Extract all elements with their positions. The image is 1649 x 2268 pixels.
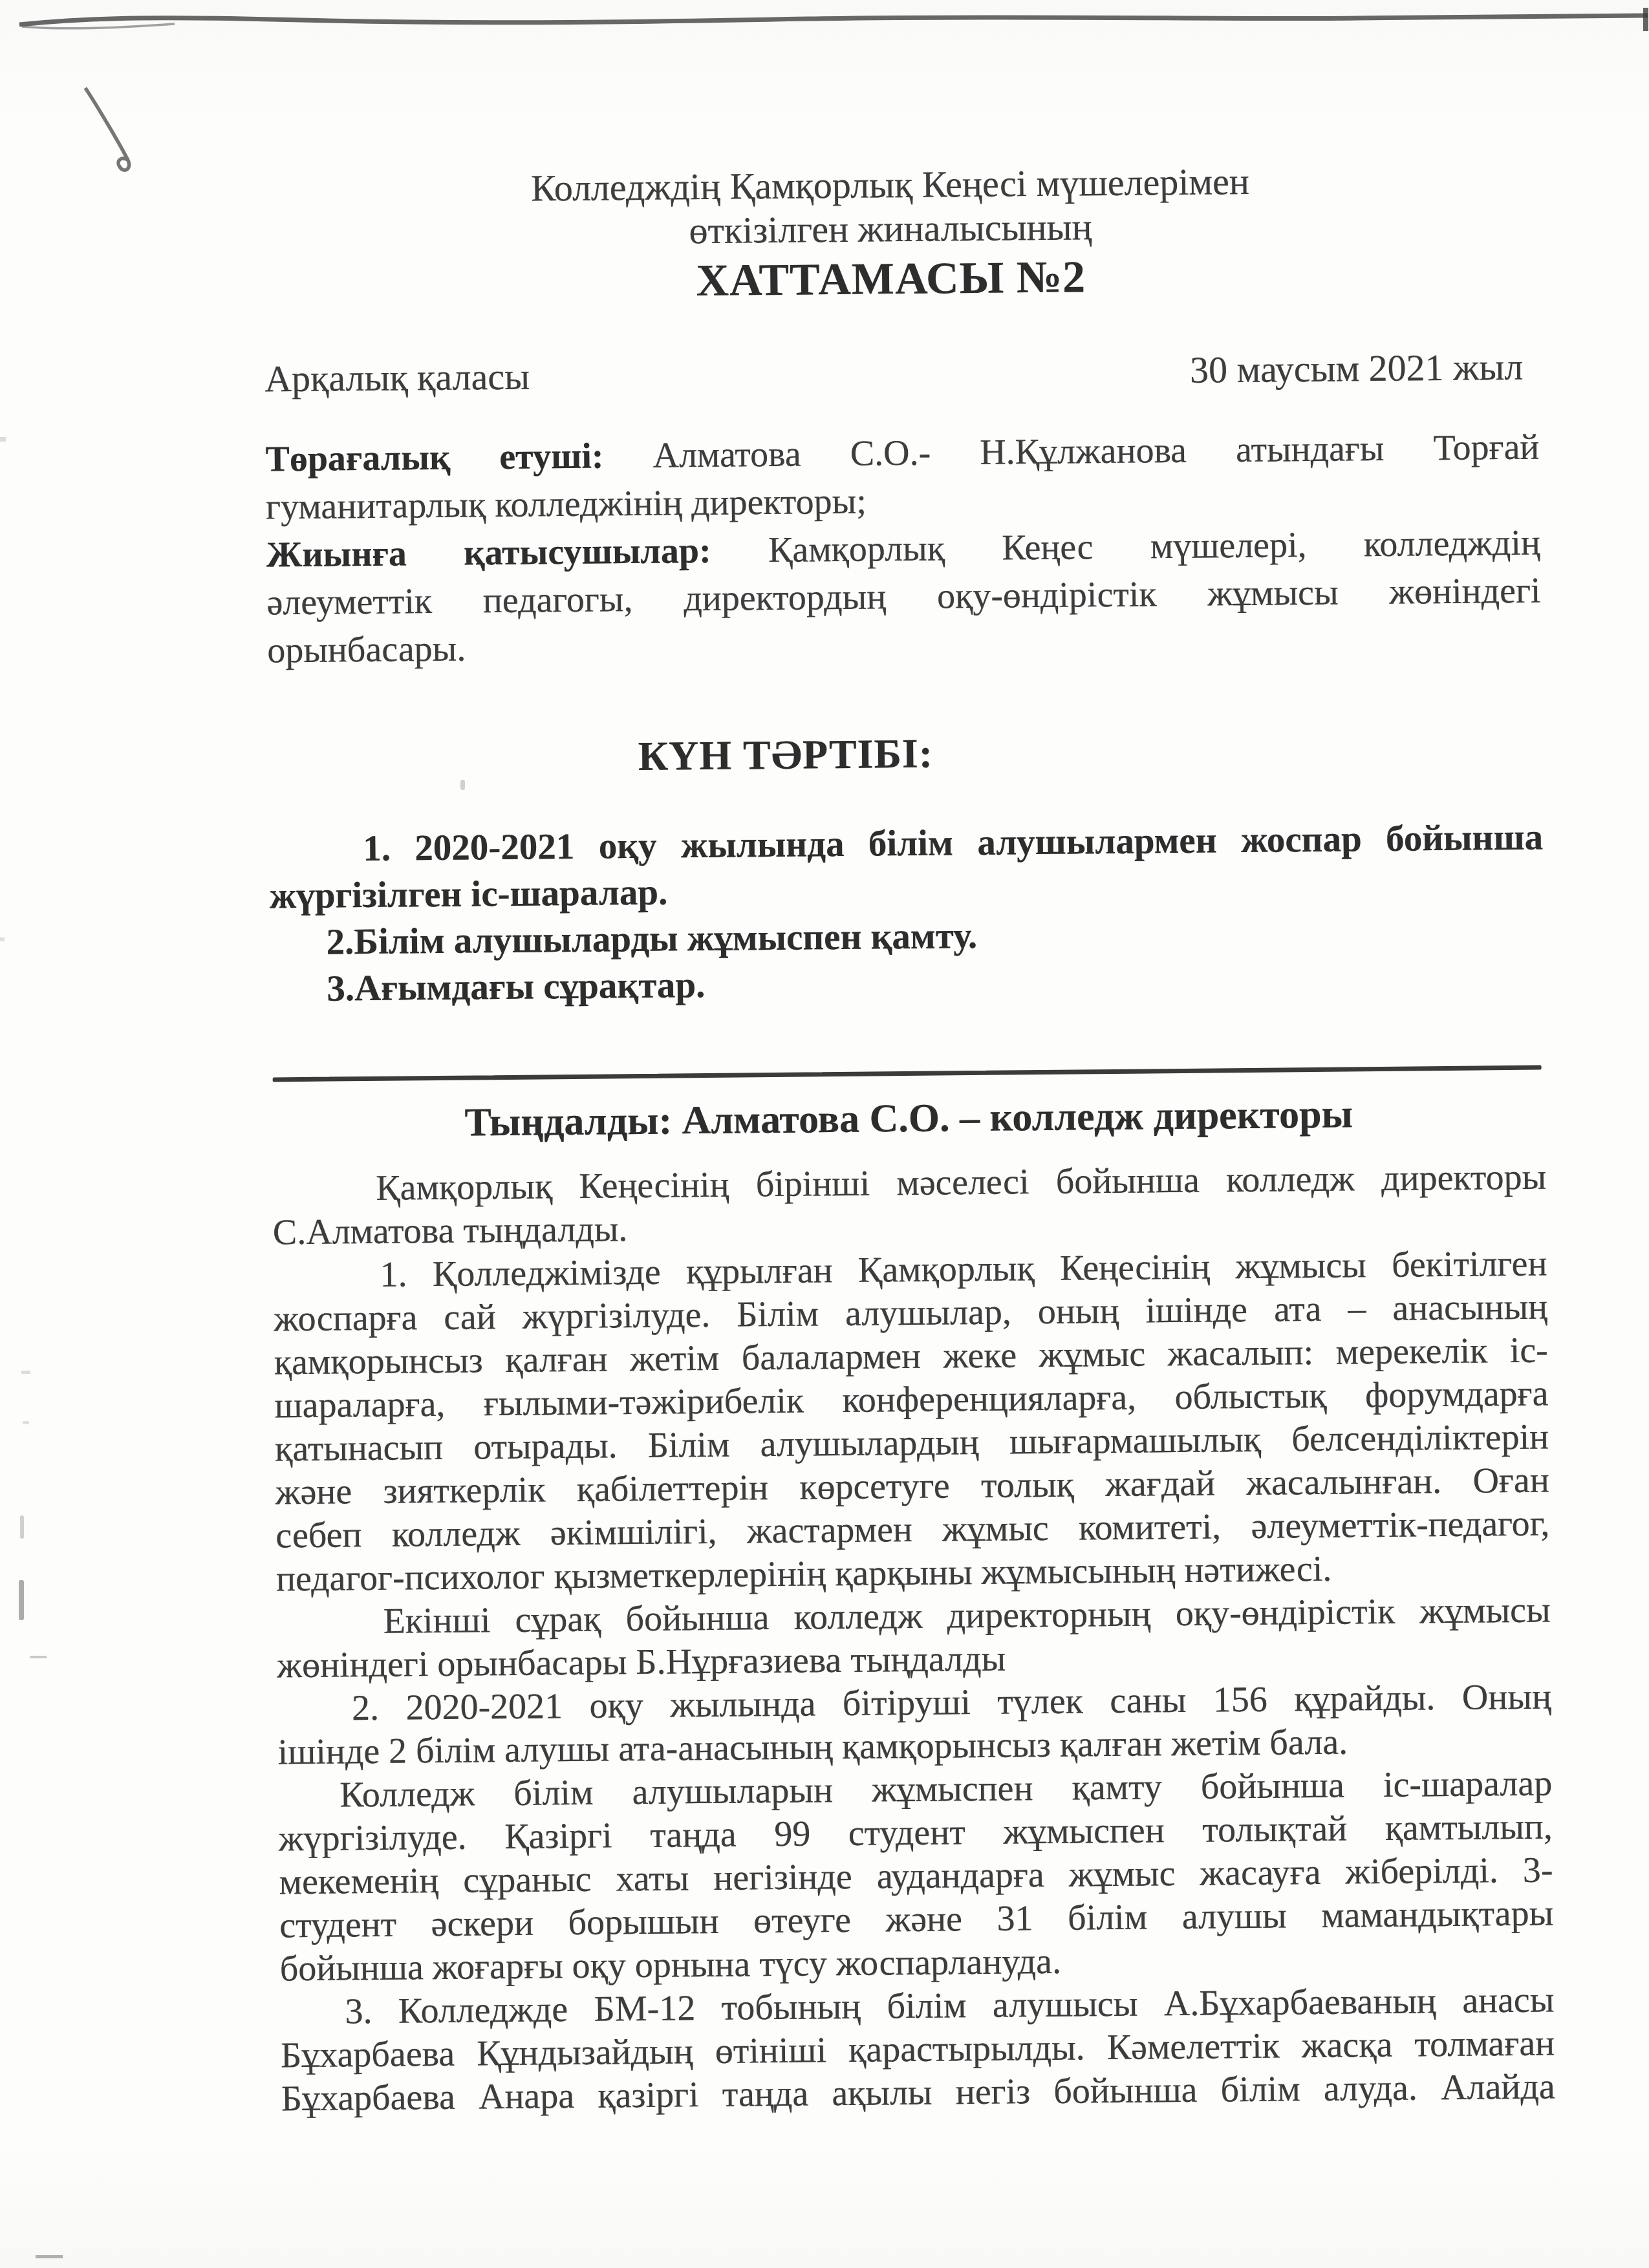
participants-section: Төрағалық етуші: Алматова С.О.- Н.Құлжан…: [265, 423, 1541, 675]
protocol-body: Қамқорлық Кеңесінің бірінші мәселесі бой…: [272, 1156, 1555, 2121]
text-segment: ішінде 2 білім алушы ата-анасының қамқор…: [277, 1722, 1348, 1773]
bold-text-segment: 2.Білім алушыларды жұмыспен қамту.: [326, 915, 977, 963]
text-segment: Қамқорлық Кеңесінің бірінші мәселесі бой…: [376, 1157, 1547, 1208]
text-segment: жөніндегі орынбасары Б.Нұрғазиева тыңдал…: [277, 1639, 1006, 1686]
text-segment: орынбасары.: [267, 629, 466, 671]
scan-mark: [20, 1515, 24, 1539]
scan-mark: [36, 2255, 63, 2258]
city-date-row: Арқалық қаласы 30 маусым 2021 жыл: [264, 347, 1539, 400]
text-segment: Екінші сұрақ бойынша колледж директорның…: [383, 1590, 1551, 1642]
scan-mark: [19, 1580, 24, 1620]
scan-mark: [21, 1371, 30, 1374]
bold-text-segment: Жиынға қатысушылар:: [266, 531, 711, 575]
agenda-heading: КҮН ТӘРТІБІ:: [149, 726, 1423, 784]
bold-text-segment: жүргізілген іс-шаралар.: [270, 872, 668, 917]
city-label: Арқалық қаласы: [264, 357, 530, 400]
scan-mark: [30, 1656, 47, 1658]
text-segment: әлеуметтік педагогы, директордың оқу-өнд…: [266, 571, 1541, 623]
date-label: 30 маусым 2021 жыл: [1190, 347, 1524, 390]
text-segment: педагог-психолог қызметкерлерінің қарқын…: [276, 1549, 1332, 1599]
text-segment: Алматова С.О.- Н.Құлжанова атындағы Торғ…: [603, 427, 1540, 476]
pen-stroke-mark: [78, 83, 155, 186]
document-content: Колледждің Қамқорлық Кеңесі мүшелерімен …: [261, 0, 1555, 2121]
scan-mark: [23, 1421, 29, 1424]
text-segment: бойынша жоғарғы оқу орнына түсу жоспарла…: [280, 1942, 1062, 1989]
bold-text-segment: Төрағалық етуші:: [265, 436, 604, 479]
listened-heading: Тыңдалды: Алматова С.О. – колледж директ…: [272, 1090, 1546, 1148]
agenda-list: 1. 2020-2021 оқу жылында білім алушыларм…: [269, 815, 1545, 1013]
text-segment: Қамқорлық Кеңес мүшелері, колледждің: [711, 523, 1540, 571]
section-divider-line: [273, 1065, 1542, 1082]
bold-text-segment: 1. 2020-2021 оқу жылында білім алушыларм…: [363, 817, 1544, 870]
text-segment: гуманитарлық колледжінің директоры;: [266, 482, 867, 528]
scan-mark: [0, 937, 5, 941]
scanned-document-page: Колледждің Қамқорлық Кеңесі мүшелерімен …: [0, 0, 1649, 2268]
text-segment: С.Алматова тыңдалды.: [273, 1209, 628, 1252]
scan-mark: [0, 437, 6, 442]
protocol-number-heading: ХАТТАМАСЫ №2: [254, 251, 1529, 309]
document-title: Колледждің Қамқорлық Кеңесі мүшелерімен …: [253, 157, 1528, 309]
bold-text-segment: 3.Ағымдағы сұрақтар.: [327, 965, 706, 1009]
